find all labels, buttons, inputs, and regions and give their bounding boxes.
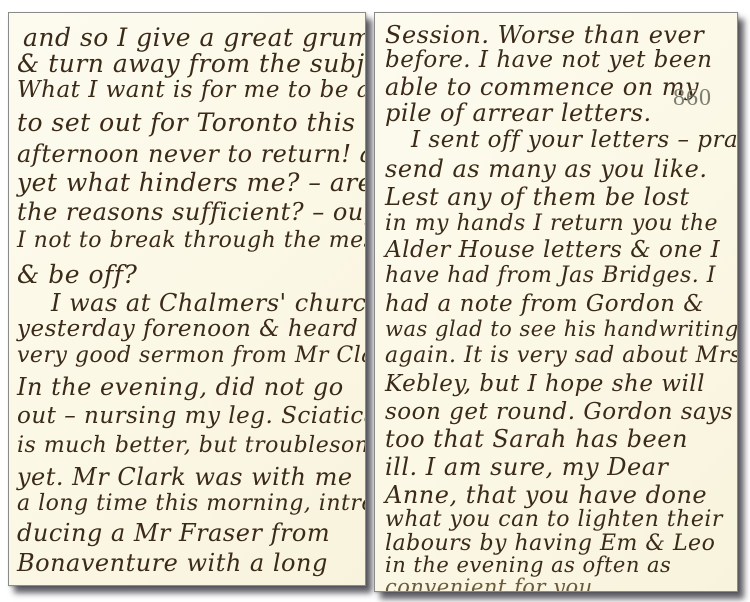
handwritten-line: Lest any of them be lost (385, 183, 690, 211)
handwritten-line: I was at Chalmers' church (51, 289, 366, 317)
handwritten-line: ill. I am sure, my Dear (385, 453, 668, 481)
handwritten-line: out – nursing my leg. Sciatica (17, 403, 366, 429)
handwritten-line: & be off? (17, 260, 137, 289)
handwritten-line: was glad to see his handwriting (385, 317, 738, 341)
handwritten-line: Kebley, but I hope she will (385, 371, 705, 397)
handwritten-line: able to commence on my (385, 73, 699, 101)
handwritten-line: the reasons sufficient? – ought (17, 198, 366, 226)
handwritten-line: Anne, that you have done (385, 481, 707, 509)
handwritten-line: Session. Worse than ever (385, 21, 704, 49)
handwritten-line: I not to break through the meshes (17, 228, 366, 253)
handwritten-line: soon get round. Gordon says (385, 399, 733, 425)
handwritten-line: yet. Mr Clark was with me (17, 463, 353, 491)
handwritten-line: Alder House letters & one I (385, 237, 720, 263)
handwritten-line: send as many as you like. (385, 155, 708, 183)
handwritten-line: is much better, but troublesome (17, 433, 366, 458)
handwritten-line: afternoon never to return! and (17, 140, 366, 168)
handwritten-line: too that Sarah has been (385, 425, 688, 453)
handwritten-line: In the evening, did not go (17, 373, 344, 401)
letter-page-right: Session. Worse than ever before. I have … (374, 12, 738, 592)
handwritten-line: a long time this morning, intro- (17, 491, 366, 516)
handwritten-line: I sent off your letters – pray (411, 127, 738, 153)
handwritten-line: Bonaventure with a long (17, 549, 328, 577)
handwritten-line: pile of arrear letters. (385, 99, 652, 127)
page-number-stamp: 860 (673, 85, 712, 112)
handwritten-line: What I want is for me to be able (17, 77, 366, 103)
handwritten-line: to set out for Toronto this (17, 108, 355, 137)
handwritten-line: in my hands I return you the (385, 211, 718, 236)
handwritten-line: & turn away from the subject. (17, 49, 366, 78)
handwritten-line: have had from Jas Bridges. I (385, 263, 716, 288)
handwritten-line: yet what hinders me? – are (17, 168, 366, 197)
handwritten-line: before. I have not yet been (385, 47, 712, 73)
handwritten-line: and so I give a great grumph (23, 23, 366, 52)
handwritten-line: what you can to lighten their (385, 507, 723, 532)
handwritten-line: had a note from Gordon & (385, 291, 704, 317)
letter-page-left: and so I give a great grumph & turn away… (8, 12, 366, 586)
handwritten-line: ducing a Mr Fraser from (17, 519, 330, 547)
handwritten-line: convenient for you. (385, 575, 600, 592)
handwritten-line: in the evening as often as (385, 553, 671, 577)
handwritten-line: yesterday forenoon & heard a (17, 316, 366, 342)
handwritten-line: very good sermon from Mr Clark. (17, 343, 366, 368)
handwritten-line: again. It is very sad about Mrs (385, 343, 738, 368)
